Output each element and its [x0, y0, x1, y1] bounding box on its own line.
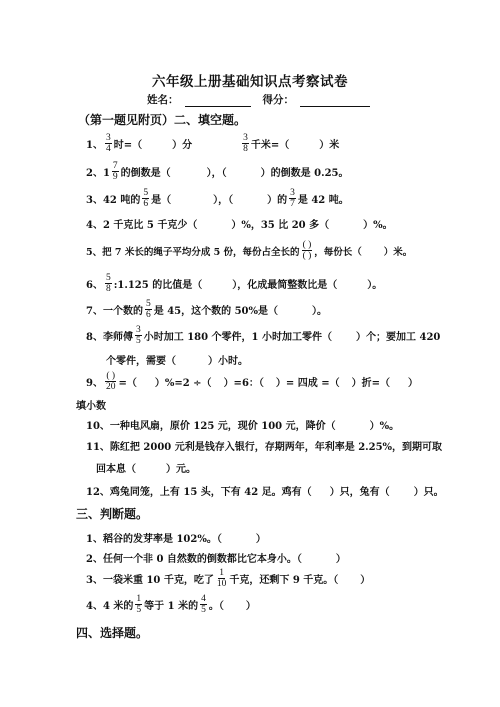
judge-question-2: 2、任何一个非 0 自然数的倒数都比它本身小。（ ） [86, 550, 346, 565]
score-blank[interactable] [300, 94, 370, 107]
fraction: 15 [135, 594, 142, 615]
judge-question-4: 4、4 米的 15 等于 1 米的 45 。（ ） [86, 594, 256, 615]
name-label: 姓名： [147, 92, 179, 107]
fill-question-7: 7、一个数的 56 是 45，这个数的 50%是（ ）。 [86, 299, 327, 320]
fill-question-9: 9、 ( )20 =（ ）%=2 ÷（ ）=6：（ ）= 四成 =（ ）折=（ … [86, 371, 418, 392]
fraction: 56 [145, 299, 152, 320]
fill-question-1: 1、 34 时=（ ）分 38 千米=（ ）米 [86, 133, 339, 154]
fill-question-5: 5、把 7 米长的绳子平均分成 5 份，每份占全长的 ( )( ) ，每份长（ … [86, 240, 412, 261]
fraction-blank[interactable]: ( )( ) [302, 240, 313, 261]
fraction: 38 [242, 133, 249, 154]
fill-question-4: 4、2 千克比 5 千克少（ ）%，35 比 20 多（ ）%。 [86, 216, 393, 231]
fill-question-11-line-2: 回本息（ ）元。 [96, 460, 196, 475]
student-info-row: 姓名： 得分： [147, 92, 370, 107]
fraction: 35 [135, 325, 142, 346]
fill-question-9-line-2: 填小数 [76, 397, 106, 412]
fraction: 58 [105, 273, 112, 294]
fraction: 79 [112, 161, 119, 182]
question-number: 1、 [86, 136, 103, 151]
fraction: 37 [289, 188, 296, 209]
fill-question-12: 12、鸡兔同笼，上有 15 头，下有 42 足。鸡有（ ）只，兔有（ ）只。 [86, 483, 444, 498]
fill-question-2: 2、1 79 的倒数是（ ），（ ）的倒数是 0.25。 [86, 161, 349, 182]
fraction: 56 [142, 188, 149, 209]
section-fill-in-heading: （第一题见附页）二、填空题。 [78, 111, 246, 128]
name-blank[interactable] [185, 94, 251, 107]
fill-question-8: 8、李师傅 35 小时加工 180 个零件，1 小时加工零件（ ）个；要加工 4… [86, 325, 440, 346]
exam-page: 六年级上册基础知识点考察试卷 姓名： 得分： （第一题见附页）二、填空题。 1、… [0, 0, 500, 707]
section-multiple-choice-heading: 四、选择题。 [76, 624, 148, 641]
fill-question-8-line-2: 个零件，需要（ ）小时。 [106, 352, 248, 367]
fill-question-3: 3、42 吨的 56 是（ ），（ ）的 37 是 42 吨。 [86, 188, 349, 209]
fraction: 45 [200, 594, 207, 615]
fill-question-10: 10、一种电风扇，原价 125 元，现价 100 元，降价（ ）%。 [86, 417, 399, 432]
exam-title: 六年级上册基础知识点考察试卷 [0, 70, 500, 90]
section-true-false-heading: 三、判断题。 [76, 505, 148, 522]
fill-question-11: 11、陈红把 2000 元利是钱存入银行，存期两年，年利率是 2.25%，到期可… [86, 438, 442, 453]
judge-question-1: 1、稻谷的发芽率是 102%。（ ） [86, 530, 266, 545]
judge-question-3: 3、一袋米重 10 千克，吃了 110 千克，还剩下 9 千克。（ ） [86, 568, 370, 589]
fraction: 34 [105, 133, 112, 154]
fraction-blank[interactable]: ( )20 [105, 371, 117, 392]
fill-question-6: 6、 58 :1.125 的比值是（ ），化成最简整数比是（ ）。 [86, 273, 382, 294]
score-label: 得分： [263, 92, 295, 107]
fraction: 110 [216, 568, 228, 589]
